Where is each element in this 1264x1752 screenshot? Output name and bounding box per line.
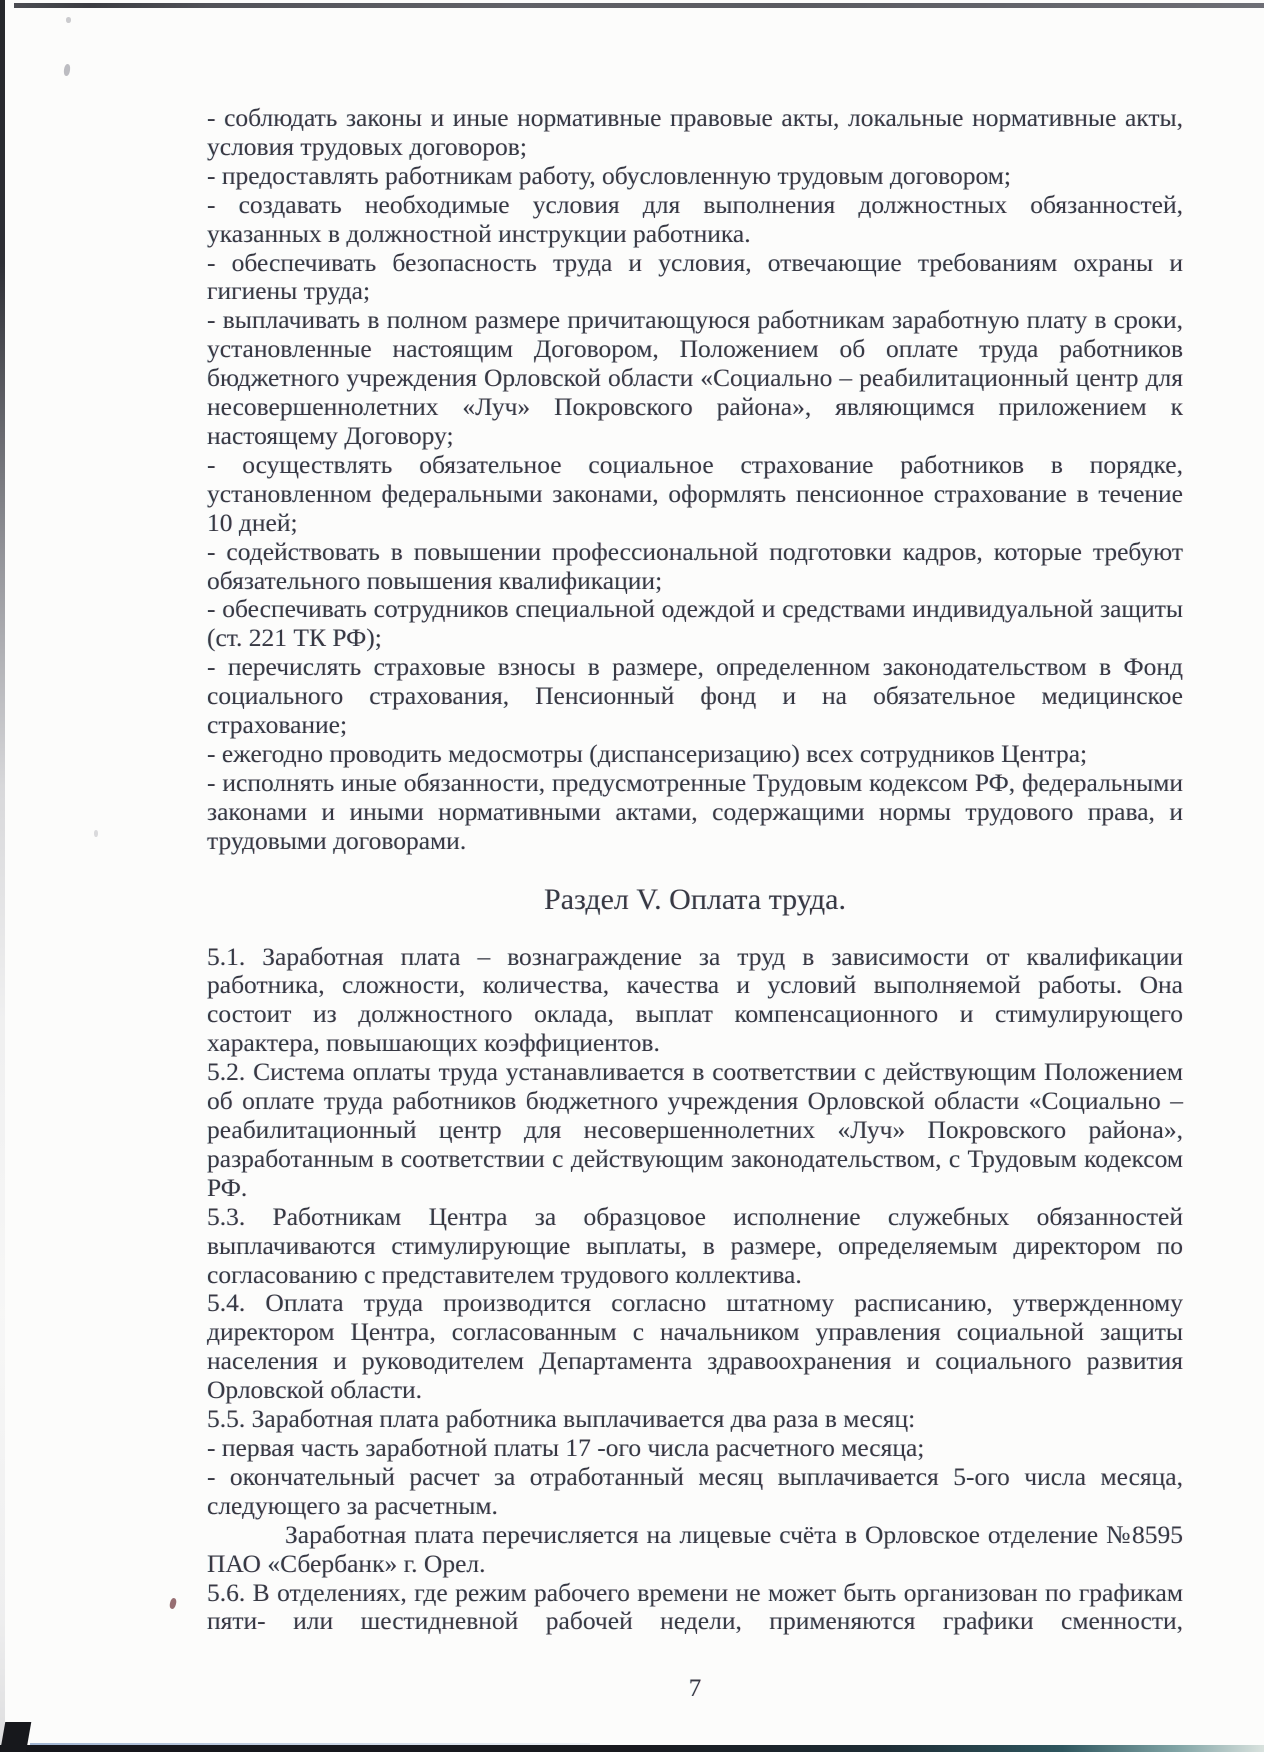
section-paragraph: - окончательный расчет за отработанный м…	[207, 1463, 1183, 1521]
page-number: 7	[207, 1674, 1183, 1703]
obligation-paragraph: - содействовать в повышении профессионал…	[207, 538, 1183, 596]
obligation-paragraph: - предоставлять работникам работу, обусл…	[207, 162, 1183, 191]
obligation-paragraph: - ежегодно проводить медосмотры (диспанс…	[207, 740, 1183, 769]
page-content: - соблюдать законы и иные нормативные пр…	[207, 104, 1183, 1703]
section-paragraph: 5.5. Заработная плата работника выплачив…	[207, 1405, 1183, 1434]
section-paragraph: - первая часть заработной платы 17 -ого …	[207, 1434, 1183, 1463]
section-paragraph: 5.6. В отделениях, где режим рабочего вр…	[207, 1579, 1183, 1637]
section-paragraph: 5.1. Заработная плата – вознаграждение з…	[207, 943, 1183, 1059]
scan-speck-red	[169, 1597, 177, 1609]
section-paragraph: Заработная плата перечисляется на лицевы…	[207, 1521, 1183, 1579]
scan-speck	[66, 17, 71, 23]
section-paragraph: 5.2. Система оплаты труда устанавливаетс…	[207, 1058, 1183, 1203]
scan-artifact-top-line	[14, 3, 1264, 8]
obligation-paragraph: - создавать необходимые условия для выпо…	[207, 191, 1183, 249]
obligation-paragraph: - соблюдать законы и иные нормативные пр…	[207, 104, 1183, 162]
obligation-paragraph: - обеспечивать безопасность труда и усло…	[207, 249, 1183, 307]
obligations-list: - соблюдать законы и иные нормативные пр…	[207, 104, 1183, 856]
obligation-paragraph: - обеспечивать сотрудников специальной о…	[207, 595, 1183, 653]
scan-artifact-corner-block	[0, 1722, 31, 1752]
document-page: - соблюдать законы и иные нормативные пр…	[0, 0, 1264, 1752]
scan-speck	[63, 64, 71, 77]
section-paragraph: 5.4. Оплата труда производится согласно …	[207, 1289, 1183, 1405]
section-heading: Раздел V. Оплата труда.	[207, 883, 1183, 917]
scan-artifact-left-edge	[0, 0, 5, 1752]
obligation-paragraph: - осуществлять обязательное социальное с…	[207, 451, 1183, 538]
section-paragraphs: 5.1. Заработная плата – вознаграждение з…	[207, 943, 1183, 1637]
scan-artifact-bottom-strip	[0, 1745, 1264, 1752]
section-paragraph: 5.3. Работникам Центра за образцовое исп…	[207, 1203, 1183, 1290]
scan-speck	[94, 830, 98, 837]
obligation-paragraph: - исполнять иные обязанности, предусмотр…	[207, 769, 1183, 856]
obligation-paragraph: - перечислять страховые взносы в размере…	[207, 653, 1183, 740]
obligation-paragraph: - выплачивать в полном размере причитающ…	[207, 306, 1183, 451]
